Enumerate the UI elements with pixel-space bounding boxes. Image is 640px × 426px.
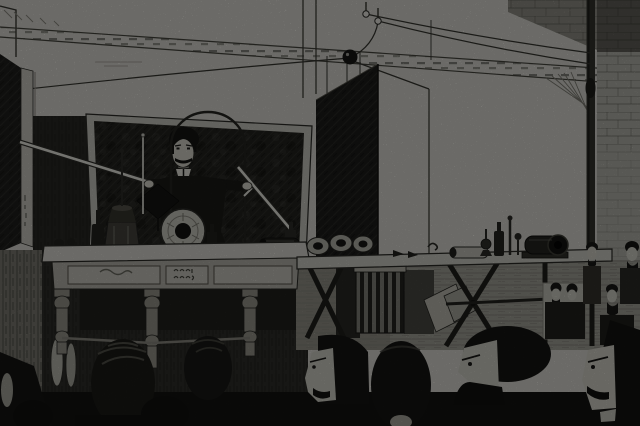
paper-grain-overlay <box>0 0 640 426</box>
engraving-tesla-lecture <box>0 0 640 426</box>
engraving-canvas <box>0 0 640 426</box>
